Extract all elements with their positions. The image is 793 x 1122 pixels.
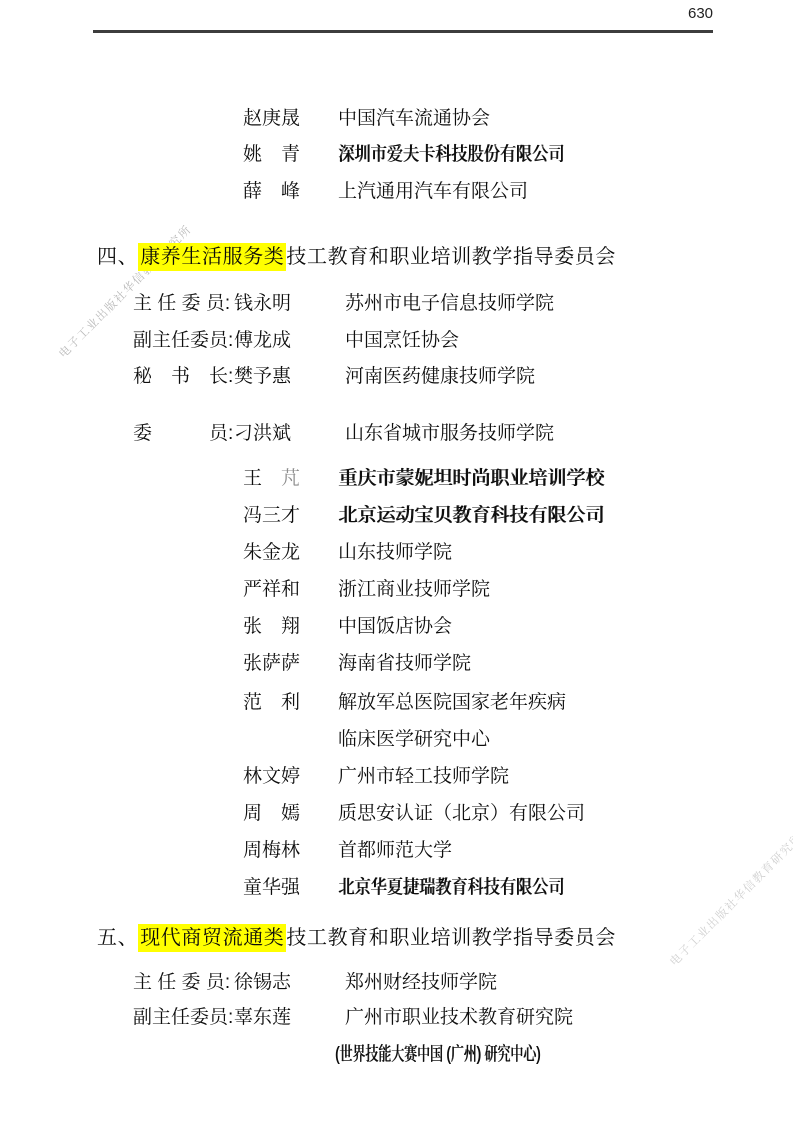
member-name-part: 王 — [243, 468, 281, 489]
org-continuation-row: (世界技能大赛中国 (广州) 研究中心) — [335, 1043, 637, 1066]
role-label: 副主任委员: — [133, 1006, 234, 1029]
member-row: 童华强北京华夏捷瑞教育科技有限公司 — [243, 876, 604, 899]
category-highlight: 康养生活服务类 — [138, 243, 286, 271]
member-row: 张 翔中国饭店协会 — [243, 615, 452, 638]
role-name: 辜东莲 — [234, 1006, 345, 1029]
member-name: 周 嫣 — [243, 802, 338, 825]
member-name: 张 翔 — [243, 615, 338, 638]
member-org: 深圳市爱夫卡科技股份有限公司 — [338, 143, 564, 166]
role-org: 郑州财经技师学院 — [345, 972, 497, 993]
role-row: 副主任委员:辜东莲广州市职业技术教育研究院 — [133, 1006, 573, 1029]
member-org: 北京运动宝贝教育科技有限公司 — [338, 505, 604, 526]
role-org: 山东省城市服务技师学院 — [345, 423, 554, 444]
role-row: 主 任 委 员:钱永明苏州市电子信息技师学院 — [133, 292, 554, 315]
member-row: 林文婷广州市轻工技师学院 — [243, 765, 509, 788]
category-highlight: 现代商贸流通类 — [138, 924, 286, 952]
member-name-part: 芃 — [281, 468, 300, 489]
role-name: 樊予惠 — [234, 365, 345, 388]
role-org: 苏州市电子信息技师学院 — [345, 293, 554, 314]
member-row: 临床医学研究中心 — [243, 728, 490, 751]
member-org: 临床医学研究中心 — [338, 729, 490, 750]
member-row: 张萨萨海南省技师学院 — [243, 652, 471, 675]
role-name: 钱永明 — [234, 292, 345, 315]
role-label: 委 员: — [133, 422, 234, 445]
member-org: 山东技师学院 — [338, 542, 452, 563]
member-name: 范 利 — [243, 691, 338, 714]
member-name: 周梅林 — [243, 839, 338, 862]
member-name: 薛 峰 — [243, 180, 338, 203]
member-name: 童华强 — [243, 876, 338, 899]
member-row: 姚 青深圳市爱夫卡科技股份有限公司 — [243, 143, 604, 166]
member-row: 王 芃重庆市蒙妮坦时尚职业培训学校 — [243, 467, 604, 490]
member-org: 中国饭店协会 — [338, 616, 452, 637]
member-name: 赵庚晟 — [243, 107, 338, 130]
role-row: 副主任委员:傅龙成中国烹饪协会 — [133, 329, 459, 352]
role-label: 副主任委员: — [133, 329, 234, 352]
member-org: 中国汽车流通协会 — [338, 108, 490, 129]
role-org: 河南医药健康技师学院 — [345, 366, 535, 387]
member-row: 薛 峰上汽通用汽车有限公司 — [243, 180, 528, 203]
role-name: 徐锡志 — [234, 971, 345, 994]
member-org: 上汽通用汽车有限公司 — [338, 181, 528, 202]
role-label: 秘 书 长: — [133, 365, 234, 388]
member-org: 北京华夏捷瑞教育科技有限公司 — [338, 876, 564, 899]
member-name: 朱金龙 — [243, 541, 338, 564]
org-continuation: (世界技能大赛中国 (广州) 研究中心) — [335, 1043, 540, 1066]
member-name: 严祥和 — [243, 578, 338, 601]
member-row: 范 利解放军总医院国家老年疾病 — [243, 691, 566, 714]
section-4-heading: 四、康养生活服务类技工教育和职业培训教学指导委员会 — [97, 242, 616, 272]
member-org: 浙江商业技师学院 — [338, 579, 490, 600]
member-org: 首都师范大学 — [338, 840, 452, 861]
member-row: 赵庚晟中国汽车流通协会 — [243, 107, 490, 130]
heading-text: 技工教育和职业培训教学指导委员会 — [286, 246, 616, 268]
role-name: 傅龙成 — [234, 329, 345, 352]
role-label: 主 任 委 员: — [133, 971, 234, 994]
member-name: 冯三才 — [243, 504, 338, 527]
member-org: 海南省技师学院 — [338, 653, 471, 674]
member-row: 周 嫣质思安认证（北京）有限公司 — [243, 802, 585, 825]
section-number: 四、 — [97, 246, 138, 268]
member-org: 解放军总医院国家老年疾病 — [338, 692, 566, 713]
document-page: 630 电子工业出版社华信教育研究所 电子工业出版社华信教育研究所 赵庚晟中国汽… — [0, 0, 793, 1122]
member-org: 广州市轻工技师学院 — [338, 766, 509, 787]
member-org: 重庆市蒙妮坦时尚职业培训学校 — [338, 468, 604, 489]
heading-text: 技工教育和职业培训教学指导委员会 — [286, 927, 616, 949]
member-row: 冯三才北京运动宝贝教育科技有限公司 — [243, 504, 604, 527]
watermark-right: 电子工业出版社华信教育研究所 — [666, 829, 793, 969]
member-row: 周梅林首都师范大学 — [243, 839, 452, 862]
member-name: 林文婷 — [243, 765, 338, 788]
member-name: 姚 青 — [243, 143, 338, 166]
member-name: 张萨萨 — [243, 652, 338, 675]
role-org: 广州市职业技术教育研究院 — [345, 1007, 573, 1028]
role-name: 刁洪斌 — [234, 422, 345, 445]
role-row: 委 员:刁洪斌山东省城市服务技师学院 — [133, 422, 554, 445]
role-row: 主 任 委 员:徐锡志郑州财经技师学院 — [133, 971, 497, 994]
page-number: 630 — [688, 5, 713, 22]
member-row: 朱金龙山东技师学院 — [243, 541, 452, 564]
member-name: 王 芃 — [243, 467, 338, 490]
section-number: 五、 — [97, 927, 138, 949]
role-org: 中国烹饪协会 — [345, 330, 459, 351]
member-row: 严祥和浙江商业技师学院 — [243, 578, 490, 601]
role-row: 秘 书 长:樊予惠河南医药健康技师学院 — [133, 365, 535, 388]
section-5-heading: 五、现代商贸流通类技工教育和职业培训教学指导委员会 — [97, 923, 616, 953]
header-rule — [93, 30, 713, 33]
member-org: 质思安认证（北京）有限公司 — [338, 803, 585, 824]
role-label: 主 任 委 员: — [133, 292, 234, 315]
